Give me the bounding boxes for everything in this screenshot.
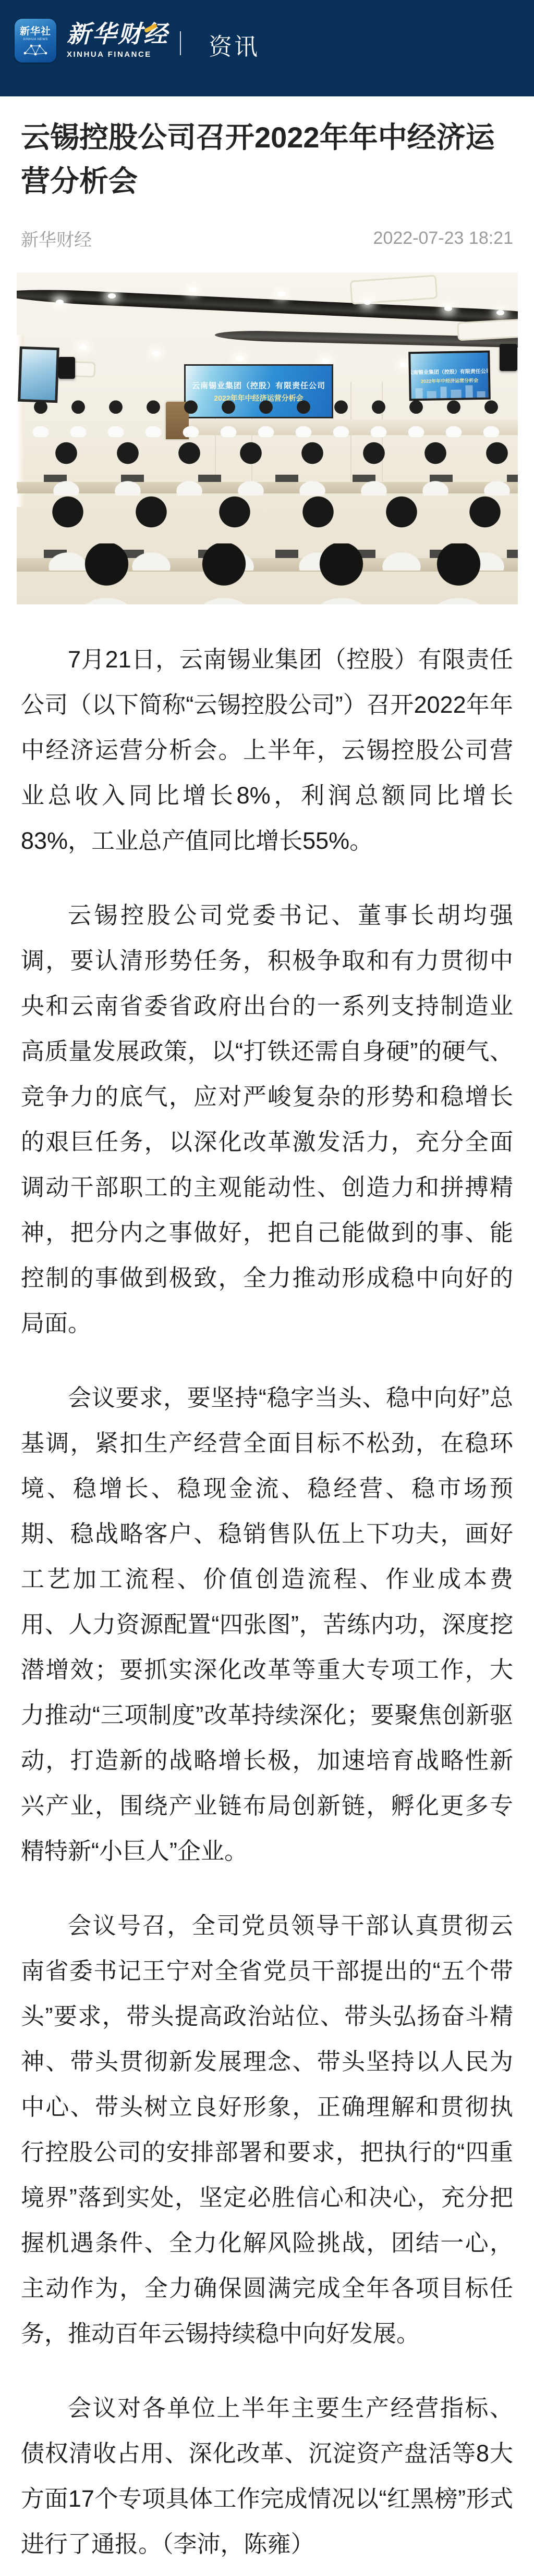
page: 新华社 XINHUA NEWS 新华财经 XINHUA FINANCE xyxy=(0,0,534,2576)
ceiling-light-icon xyxy=(363,300,371,305)
ceiling-light-icon xyxy=(189,287,197,292)
logo-english: XINHUA FINANCE xyxy=(67,50,187,59)
ceiling-light-icon xyxy=(79,344,87,350)
speaker-icon xyxy=(500,344,517,371)
page-title: 云锡控股公司召开2022年年中经济运营分析会 xyxy=(21,116,513,203)
ac-vent-icon xyxy=(457,319,518,341)
ceiling-light-icon xyxy=(152,351,160,356)
audience-row-front xyxy=(17,543,518,604)
publish-time: 2022-07-23 18:21 xyxy=(373,228,513,249)
wall-tv-right: 云南锡业集团（控股）有限责任公司 2022年年中经济运营分析会 xyxy=(408,351,491,401)
header-divider xyxy=(180,31,181,55)
article-body: 7月21日，云南锡业集团（控股）有限责任公司（以下简称“云锡控股公司”）召开20… xyxy=(21,637,513,2567)
logo-chinese: 新华财经 xyxy=(67,21,187,47)
ceiling-light-track xyxy=(17,287,518,326)
ac-vent-icon xyxy=(350,275,438,304)
xinhua-finance-logo[interactable]: 新华财经 XINHUA FINANCE xyxy=(67,21,187,68)
app-icon-subtitle: XINHUA NEWS xyxy=(23,38,48,41)
ceiling-light-icon xyxy=(322,359,330,364)
audience-row-mid xyxy=(17,438,518,496)
section-label-news[interactable]: 资讯 xyxy=(209,28,260,61)
screen-title-line1: 云南锡业集团（控股）有限责任公司 xyxy=(408,367,491,376)
source-label: 新华财经 xyxy=(21,226,92,251)
article-paragraph: 会议号召，全司党员领导干部认真贯彻云南省委书记王宁对全省党员干部提出的“五个带头… xyxy=(21,1903,513,2356)
ceiling-light-icon xyxy=(444,306,452,311)
screen-title-line2: 2022年年中经济运营分析会 xyxy=(421,377,478,385)
network-graphic-icon xyxy=(21,43,50,56)
ceiling-light-icon xyxy=(277,291,285,296)
ceiling-light-icon xyxy=(496,310,504,315)
ceiling-light-icon xyxy=(56,300,64,305)
speaker-icon xyxy=(58,357,75,379)
xinhua-news-app-icon[interactable]: 新华社 XINHUA NEWS xyxy=(15,19,56,63)
article-photo: 云南锡业集团（控股）有限责任公司 2022年年中经济运营分析会 云南锡业集团（控… xyxy=(17,273,518,604)
article-paragraph: 云锡控股公司党委书记、董事长胡均强调，要认清形势任务，积极争取和有力贯彻中央和云… xyxy=(21,893,513,1346)
byline: 新华财经 2022-07-23 18:21 xyxy=(21,227,513,250)
article-paragraph: 会议要求，要坚持“稳字当头、稳中向好”总基调，紧扣生产经营全面目标不松劲，在稳环… xyxy=(21,1375,513,1874)
screen-title-line1: 云南锡业集团（控股）有限责任公司 xyxy=(192,380,325,391)
header-bar: 新华社 XINHUA NEWS 新华财经 XINHUA FINANCE xyxy=(0,0,534,96)
app-icon-title: 新华社 xyxy=(20,23,51,38)
article-paragraph: 7月21日，云南锡业集团（控股）有限责任公司（以下简称“云锡控股公司”）召开20… xyxy=(21,637,513,863)
ceiling-light-icon xyxy=(236,356,244,361)
article-paragraph: 会议对各单位上半年主要生产经营指标、债权清收占用、深化改革、沉淀资产盘活等8大方… xyxy=(21,2385,513,2567)
audience-row-far xyxy=(17,397,518,437)
wall-tv-left xyxy=(18,346,59,403)
ceiling-light-icon xyxy=(400,362,408,367)
ceiling-light-icon xyxy=(108,293,116,299)
